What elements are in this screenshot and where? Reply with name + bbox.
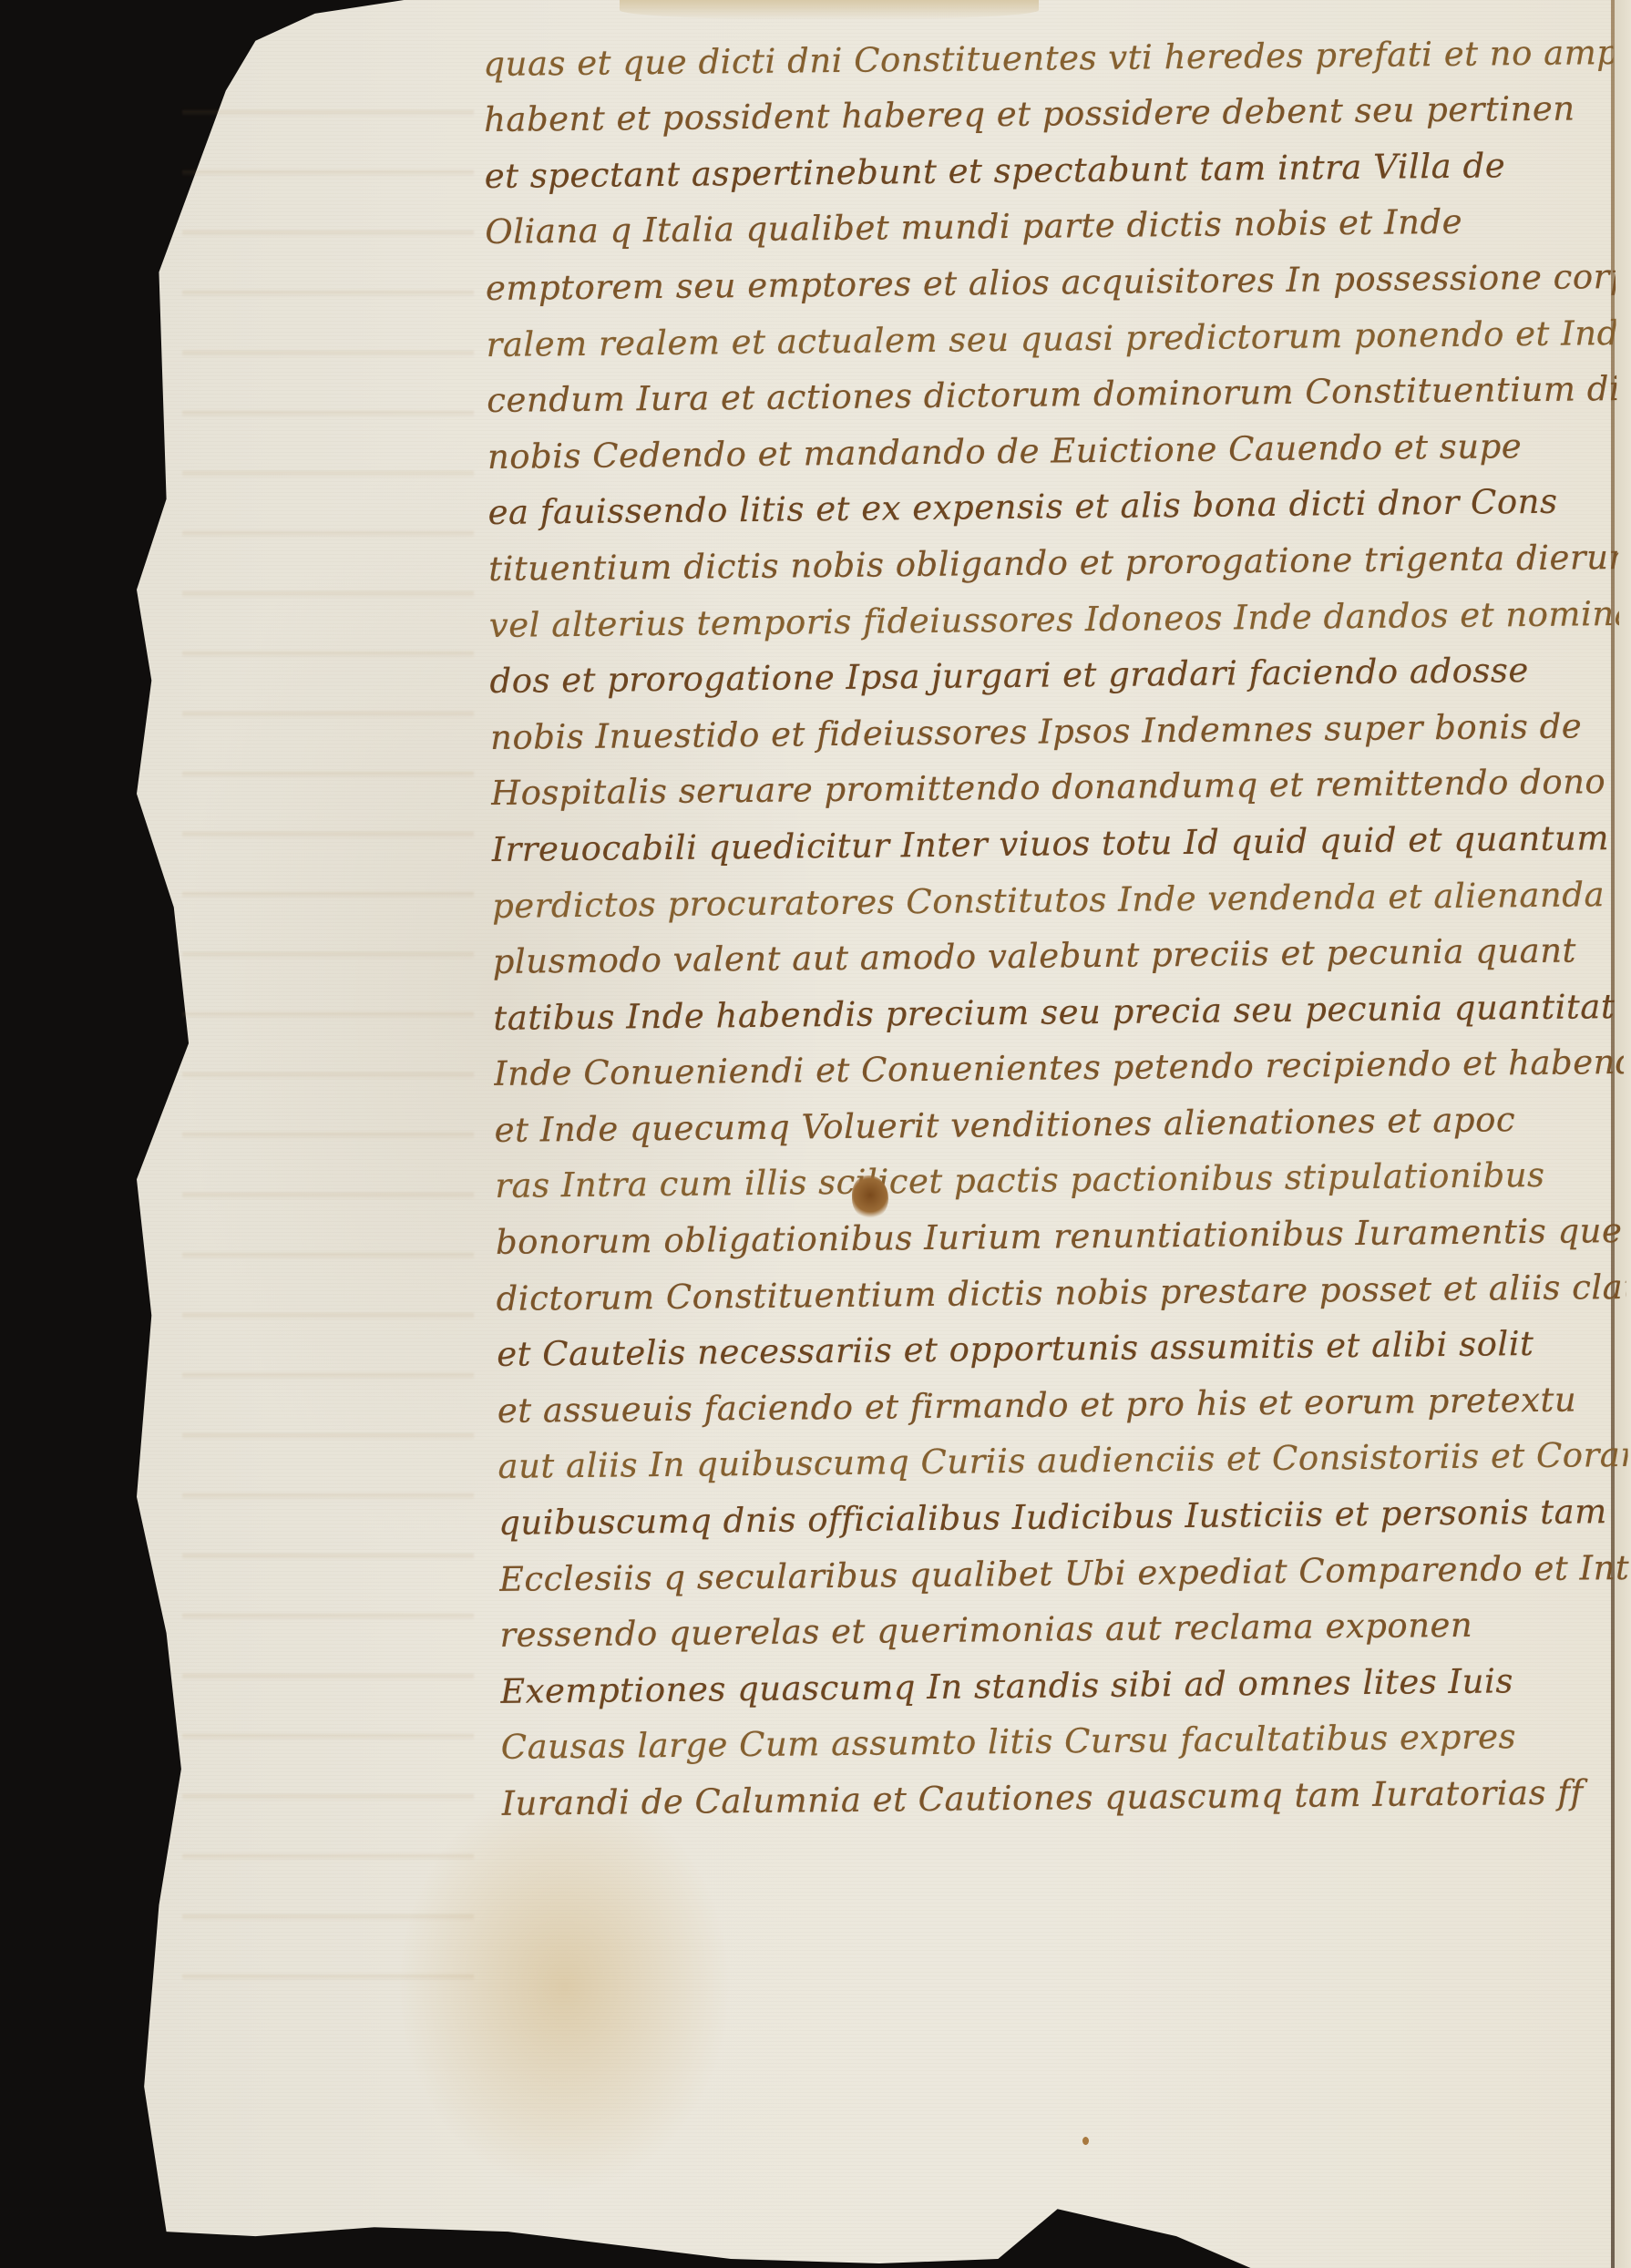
- text-line: Irreuocabili quedicitur Inter viuos totu…: [491, 801, 1622, 869]
- text-line: cendum Iura et actiones dictorum dominor…: [487, 353, 1617, 421]
- text-line: nobis Cedendo et mandando de Euictione C…: [487, 408, 1618, 477]
- text-line: tituentium dictis nobis obligando et pro…: [488, 520, 1619, 589]
- text-line: habent et possident habereq et possidere…: [484, 72, 1615, 140]
- text-line: ea fauissendo litis et ex expensis et al…: [487, 465, 1618, 533]
- text-line: dos et prorogatione Ipsa jurgari et grad…: [489, 633, 1620, 702]
- text-line: quibuscumq dnis officialibus Iudicibus I…: [498, 1474, 1629, 1543]
- text-line: Hospitalis seruare promittendo donandumq…: [490, 745, 1621, 814]
- ink-blot: [852, 1175, 888, 1219]
- ink-bleed-through: [182, 73, 474, 1986]
- text-line: Iurandi de Calumnia et Cautiones quascum…: [501, 1755, 1631, 1823]
- manuscript-text: quas et que dicti dni Constituentes vti …: [483, 15, 1631, 1823]
- text-line: ralem realem et actualem seu quasi predi…: [486, 296, 1616, 364]
- text-line: et Inde quecumq Voluerit venditiones ali…: [494, 1082, 1625, 1150]
- text-line: aut aliis In quibuscumq Curiis audiencii…: [498, 1419, 1628, 1487]
- text-line: dictorum Constituentium dictis nobis pre…: [496, 1250, 1626, 1319]
- text-line: nobis Inuestido et fideiussores Ipsos In…: [490, 689, 1621, 757]
- text-line: Exemptiones quascumq In standis sibi ad …: [500, 1643, 1631, 1711]
- text-line: tatibus Inde habendis precium seu precia…: [493, 970, 1624, 1038]
- text-line: vel alterius temporis fideiussores Idone…: [488, 577, 1619, 645]
- text-line: emptorem seu emptores et alios acquisito…: [486, 240, 1616, 308]
- text-line: plusmodo valent aut amodo valebunt preci…: [492, 913, 1623, 981]
- text-line: ras Intra cum illis scilicet pactis pact…: [495, 1138, 1626, 1206]
- text-line: Causas large Cum assumto litis Cursu fac…: [500, 1699, 1631, 1768]
- text-line: perdictos procuratores Constitutos Inde …: [492, 857, 1623, 926]
- text-line: Oliana q Italia qualibet mundi parte dic…: [485, 184, 1616, 252]
- text-line: et Cautelis necessariis et opportunis as…: [497, 1307, 1627, 1375]
- text-line: Ecclesiis q secularibus qualibet Ubi exp…: [498, 1531, 1629, 1599]
- text-line: quas et que dicti dni Constituentes vti …: [483, 15, 1614, 84]
- text-line: ressendo querelas et querimonias aut rec…: [499, 1587, 1630, 1656]
- top-edge-fold: [620, 0, 1039, 20]
- text-line: et assueuis faciendo et firmando et pro …: [497, 1362, 1627, 1431]
- ink-speck: [1082, 2137, 1089, 2145]
- text-line: Inde Conueniendi et Conuenientes petendo…: [494, 1026, 1625, 1094]
- text-line: et spectant aspertinebunt et spectabunt …: [484, 128, 1615, 196]
- text-line: bonorum obligationibus Iurium renuntiati…: [496, 1194, 1626, 1262]
